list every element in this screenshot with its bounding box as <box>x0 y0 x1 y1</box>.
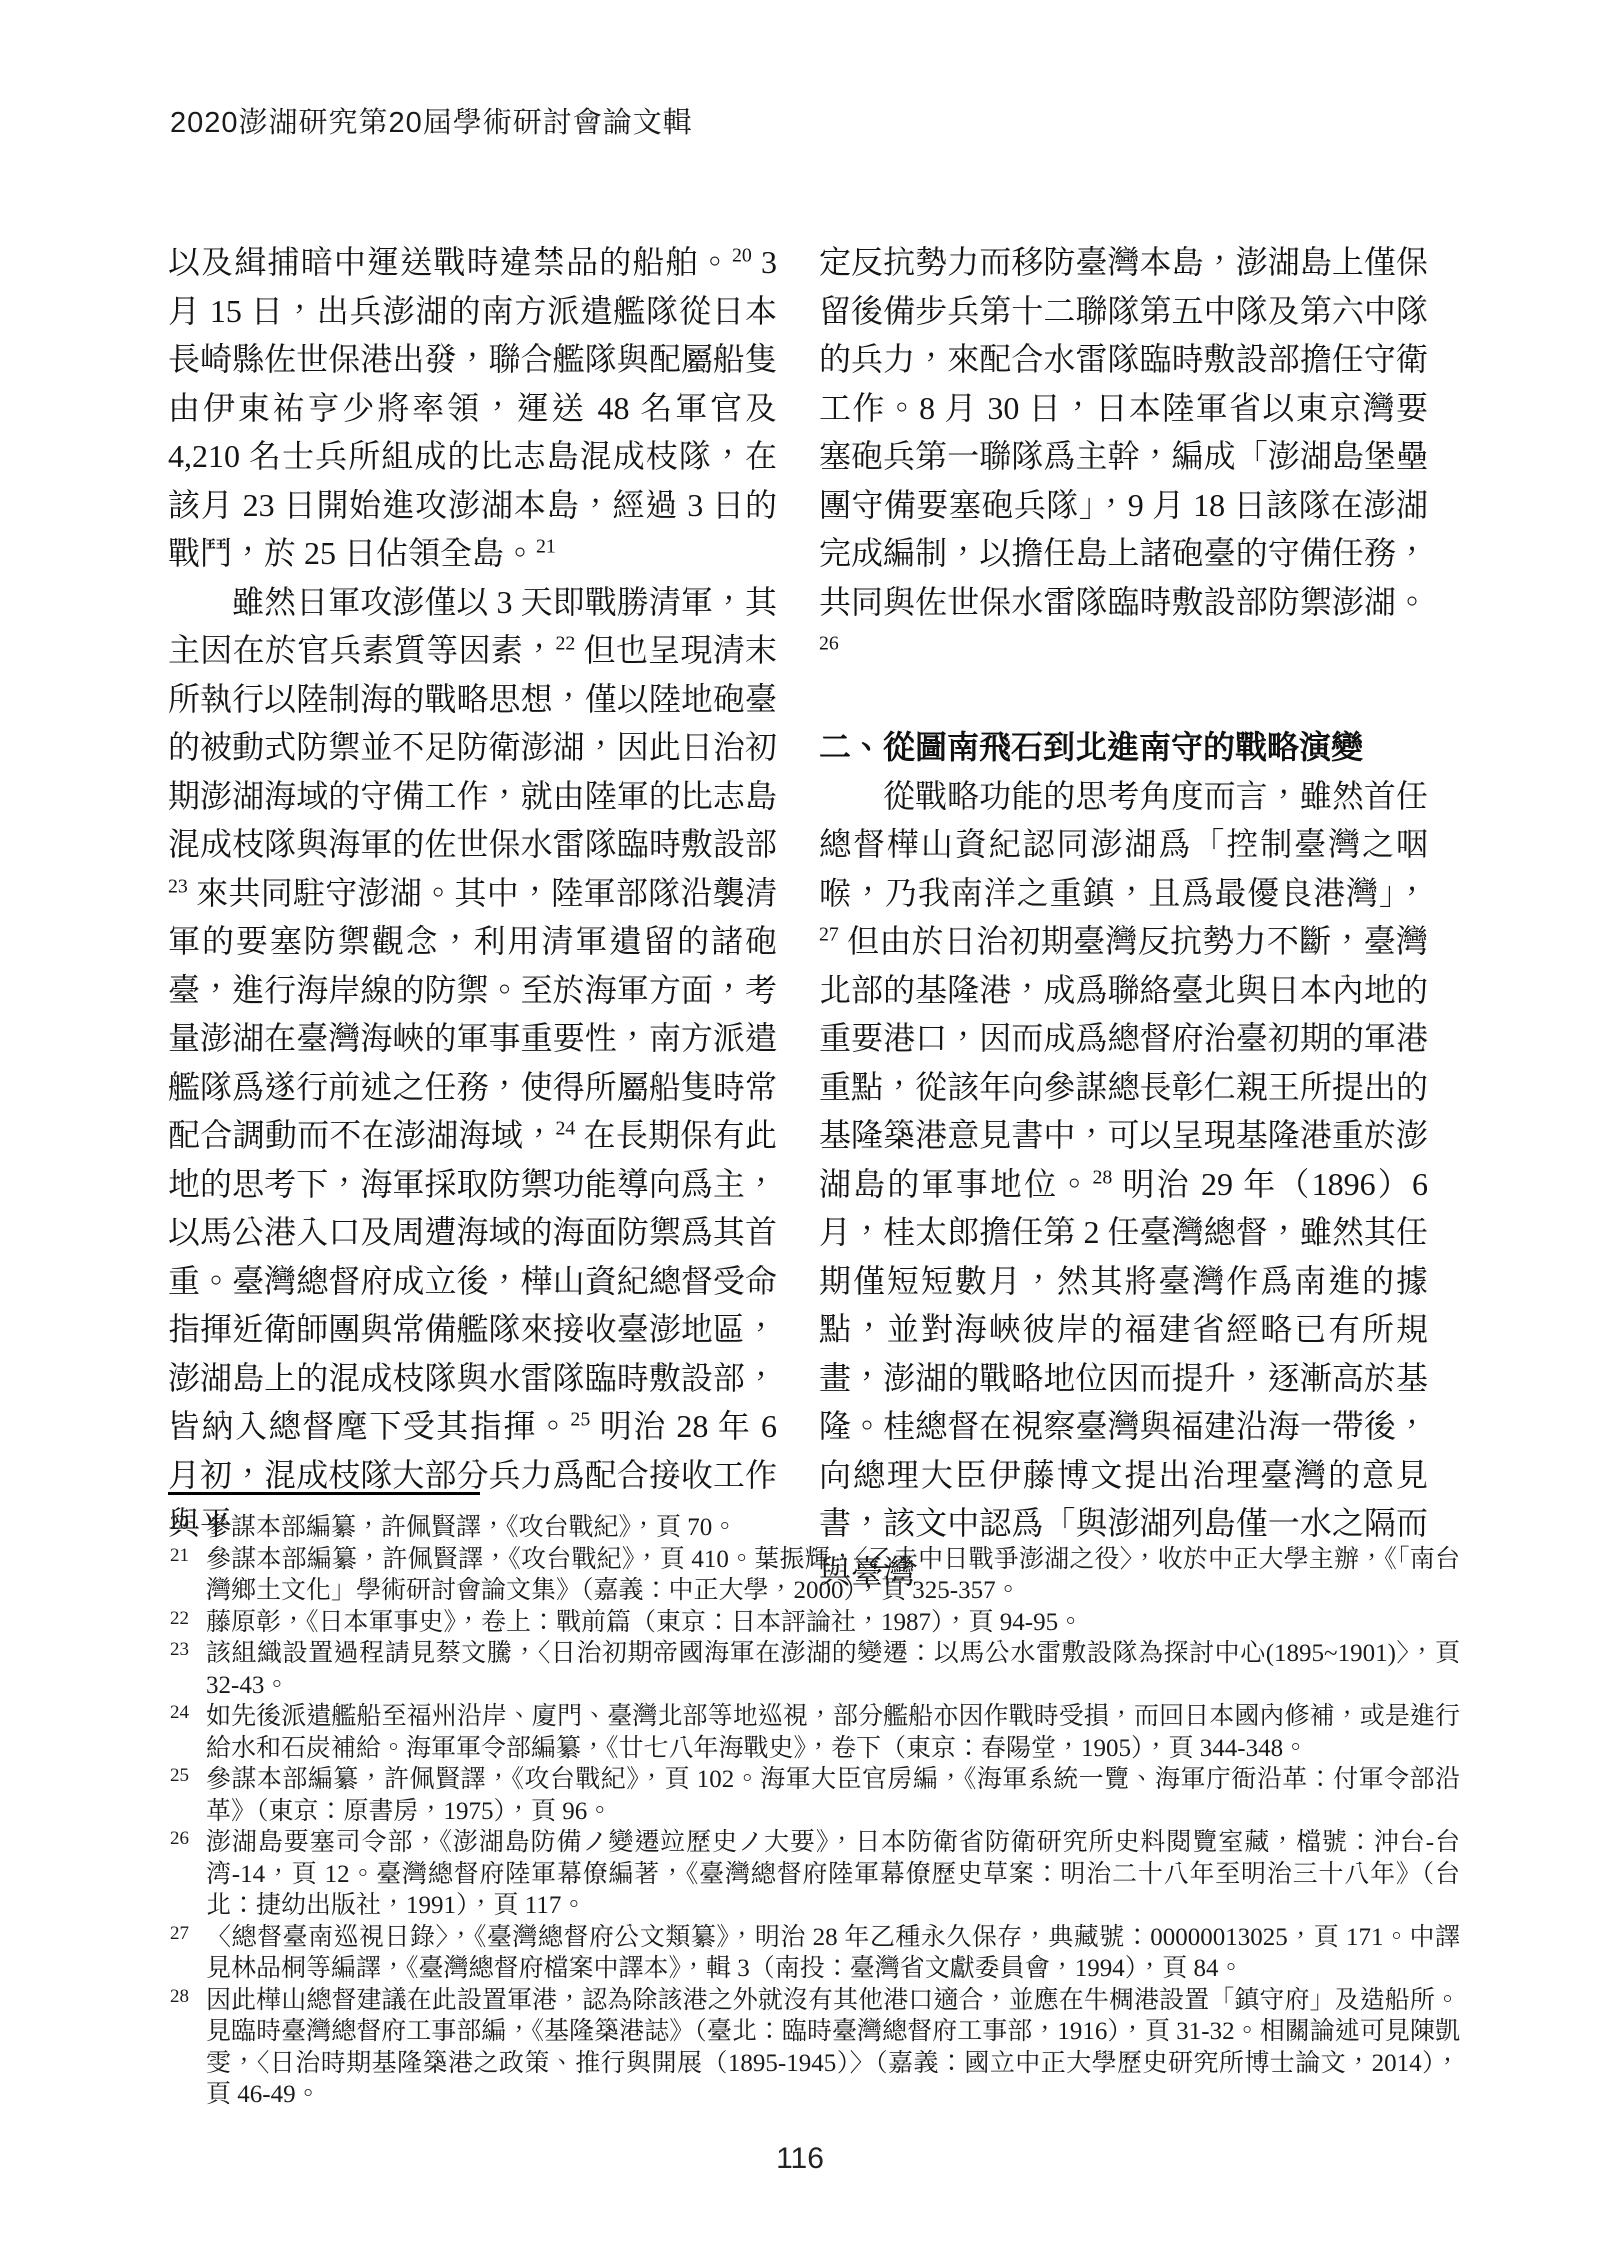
footnote-text: 參謀本部編纂，許佩賢譯，《攻台戰紀》，頁 102。海軍大臣官房編，《海軍系統一覽… <box>206 1766 1460 1825</box>
paragraph: 雖然日軍攻澎僅以 3 天即戰勝清軍，其主因在於官兵素質等因素，22 但也呈現清末… <box>168 578 777 1548</box>
footnote-text: 如先後派遣艦船至福州沿岸、廈門、臺灣北部等地巡視，部分艦船亦因作戰時受損，而回日… <box>206 1703 1460 1762</box>
footnote-ref-22: 22 <box>555 632 575 654</box>
footnote-ref-25: 25 <box>570 1408 590 1430</box>
paragraph-text: 在長期保有此地的思考下，海軍採取防禦功能導向爲主，以馬公港入口及周遭海域的海面防… <box>168 1117 777 1444</box>
paragraph-text: 從戰略功能的思考角度而言，雖然首任總督樺山資紀認同澎湖爲「控制臺灣之咽喉，乃我南… <box>819 778 1428 911</box>
footnote-text: 藤原彰，《日本軍事史》，卷上：戰前篇（東京：日本評論社，1987），頁 94-9… <box>206 1609 1083 1636</box>
paragraph-text: 以及緝捕暗中運送戰時違禁品的船舶。 <box>168 244 732 280</box>
footnote-text: 澎湖島要塞司令部，《澎湖島防備ノ變遷竝歷史ノ大要》，日本防衛省防衛研究所史料閱覽… <box>206 1829 1460 1919</box>
footnote-number: 28 <box>170 1981 189 2013</box>
paragraph: 定反抗勢力而移防臺灣本島，澎湖島上僅保留後備步兵第十二聯隊第五中隊及第六中隊的兵… <box>819 238 1428 675</box>
body-right-column: 定反抗勢力而移防臺灣本島，澎湖島上僅保留後備步兵第十二聯隊第五中隊及第六中隊的兵… <box>819 238 1428 1596</box>
paragraph-text: 但由於日治初期臺灣反抗勢力不斷，臺灣北部的基隆港，成爲聯絡臺北與日本內地的重要港… <box>819 923 1428 1202</box>
footnote-number: 27 <box>170 1918 189 1950</box>
footnote-item: 21參謀本部編纂，許佩賢譯，《攻台戰紀》，頁 410。葉振輝，〈乙未中日戰爭澎湖… <box>168 1544 1460 1607</box>
paragraph-text: 來共同駐守澎湖。其中，陸軍部隊沿襲清軍的要塞防禦觀念，利用清軍遺留的諸砲臺，進行… <box>168 875 777 1154</box>
footnote-text: 該組織設置過程請見蔡文騰，〈日治初期帝國海軍在澎湖的變遷：以馬公水雷敷設隊為探討… <box>206 1640 1460 1699</box>
footnote-item: 26澎湖島要塞司令部，《澎湖島防備ノ變遷竝歷史ノ大要》，日本防衛省防衛研究所史料… <box>168 1827 1460 1922</box>
paragraph: 以及緝捕暗中運送戰時違禁品的船舶。20 3 月 15 日，出兵澎湖的南方派遣艦隊… <box>168 238 777 578</box>
footnote-ref-23: 23 <box>168 875 188 897</box>
footnote-number: 22 <box>170 1603 189 1635</box>
footnote-item: 22藤原彰，《日本軍事史》，卷上：戰前篇（東京：日本評論社，1987），頁 94… <box>168 1607 1460 1639</box>
footnote-ref-21: 21 <box>536 535 556 557</box>
page-number: 116 <box>0 2142 1600 2176</box>
footnote-number: 25 <box>170 1760 189 1792</box>
paragraph: 從戰略功能的思考角度而言，雖然首任總督樺山資紀認同澎湖爲「控制臺灣之咽喉，乃我南… <box>819 772 1428 1597</box>
footnote-text: 參謀本部編纂，許佩賢譯，《攻台戰紀》，頁 410。葉振輝，〈乙未中日戰爭澎湖之役… <box>206 1546 1460 1605</box>
footnote-ref-27: 27 <box>819 923 839 945</box>
footnote-item: 27〈總督臺南巡視日錄〉，《臺灣總督府公文類纂》，明治 28 年乙種永久保存，典… <box>168 1922 1460 1985</box>
footnote-number: 21 <box>170 1540 189 1572</box>
footnote-item: 23該組織設置過程請見蔡文騰，〈日治初期帝國海軍在澎湖的變遷：以馬公水雷敷設隊為… <box>168 1638 1460 1701</box>
footnote-ref-26: 26 <box>819 632 839 654</box>
footnote-item: 25參謀本部編纂，許佩賢譯，《攻台戰紀》，頁 102。海軍大臣官房編，《海軍系統… <box>168 1764 1460 1827</box>
footnote-text: 因此樺山總督建議在此設置軍港，認為除該港之外就沒有其他港口適合，並應在牛椆港設置… <box>206 1987 1460 2109</box>
footnote-number: 23 <box>170 1634 189 1666</box>
footnotes-section: 20參謀本部編纂，許佩賢譯，《攻台戰紀》，頁 70。 21參謀本部編纂，許佩賢譯… <box>168 1512 1460 2111</box>
footnote-ref-20: 20 <box>732 244 752 266</box>
footnote-text: 〈總督臺南巡視日錄〉，《臺灣總督府公文類纂》，明治 28 年乙種永久保存，典藏號… <box>206 1924 1460 1983</box>
footnote-number: 26 <box>170 1823 189 1855</box>
body-left-column: 以及緝捕暗中運送戰時違禁品的船舶。20 3 月 15 日，出兵澎湖的南方派遣艦隊… <box>168 238 777 1596</box>
footnote-separator-rule <box>168 1492 480 1495</box>
paragraph-text: 定反抗勢力而移防臺灣本島，澎湖島上僅保留後備步兵第十二聯隊第五中隊及第六中隊的兵… <box>819 244 1428 620</box>
footnote-text: 參謀本部編纂，許佩賢譯，《攻台戰紀》，頁 70。 <box>206 1514 737 1541</box>
footnote-number: 24 <box>170 1697 189 1729</box>
footnote-item: 24如先後派遣艦船至福州沿岸、廈門、臺灣北部等地巡視，部分艦船亦因作戰時受損，而… <box>168 1701 1460 1764</box>
body-columns: 以及緝捕暗中運送戰時違禁品的船舶。20 3 月 15 日，出兵澎湖的南方派遣艦隊… <box>168 238 1428 1596</box>
section-heading: 二、從圖南飛石到北進南守的戰略演變 <box>819 723 1428 772</box>
footnote-ref-28: 28 <box>1092 1166 1112 1188</box>
running-header-title: 2020澎湖研究第20屆學術研討會論文輯 <box>170 100 693 141</box>
paper-page: 2020澎湖研究第20屆學術研討會論文輯 以及緝捕暗中運送戰時違禁品的船舶。20… <box>0 0 1600 2263</box>
footnote-number: 20 <box>170 1508 189 1540</box>
footnote-ref-24: 24 <box>555 1117 575 1139</box>
footnote-item: 28因此樺山總督建議在此設置軍港，認為除該港之外就沒有其他港口適合，並應在牛椆港… <box>168 1985 1460 2111</box>
footnote-item: 20參謀本部編纂，許佩賢譯，《攻台戰紀》，頁 70。 <box>168 1512 1460 1544</box>
paragraph-text: 3 月 15 日，出兵澎湖的南方派遣艦隊從日本長崎縣佐世保港出發，聯合艦隊與配屬… <box>168 244 777 571</box>
